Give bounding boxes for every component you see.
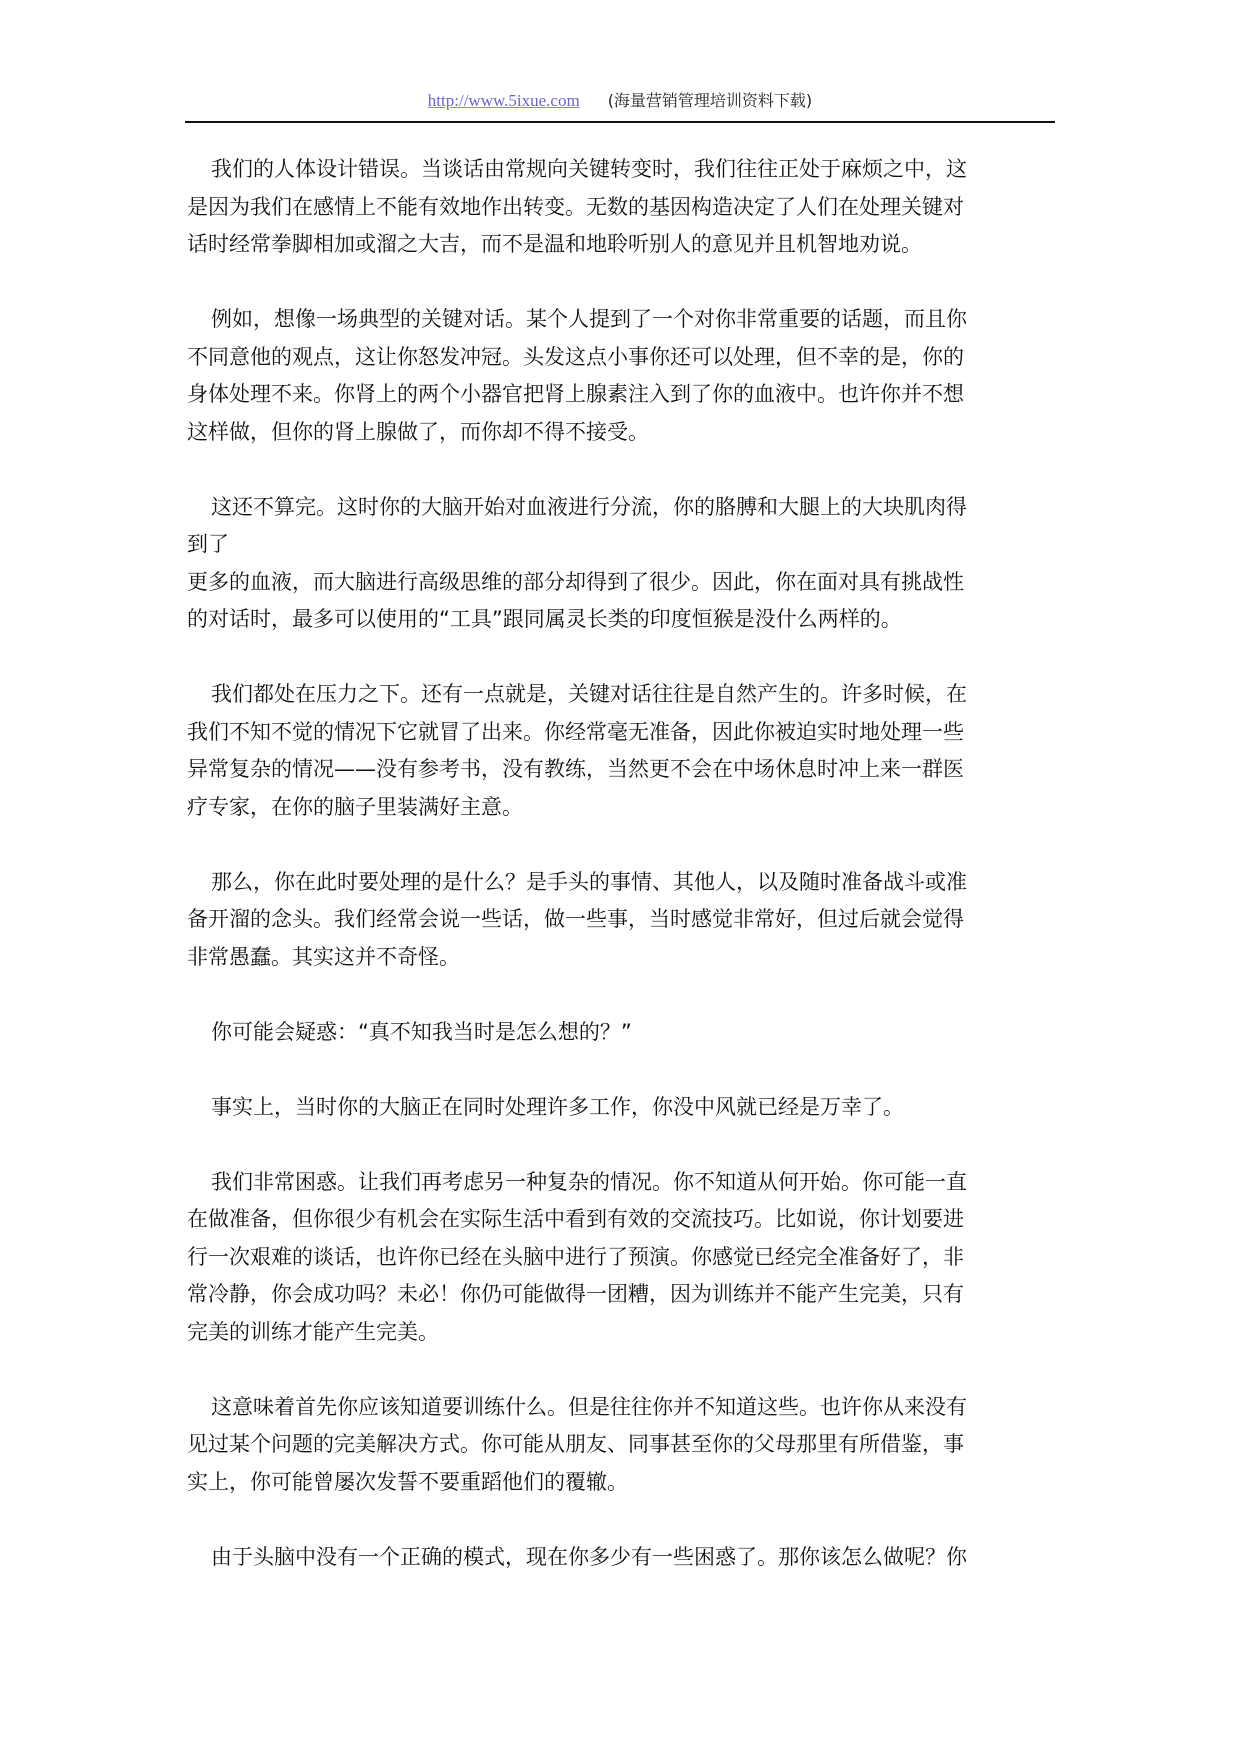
- text-line: 话时经常拳脚相加或溜之大吉，而不是温和地聆听别人的意见并且机智地劝说。: [187, 226, 1039, 264]
- text-line: 这意味着首先你应该知道要训练什么。但是往往你并不知道这些。也许你从来没有: [187, 1389, 1039, 1427]
- text-line: 完美的训练才能产生完美。: [187, 1314, 1039, 1352]
- text-line: 那么，你在此时要处理的是什么？是手头的事情、其他人，以及随时准备战斗或准: [187, 864, 1039, 902]
- text-line: 你可能会疑惑：“真不知我当时是怎么想的？”: [187, 1014, 1039, 1052]
- text-line: 见过某个问题的完美解决方式。你可能从朋友、同事甚至你的父母那里有所借鉴，事: [187, 1426, 1039, 1464]
- text-line: 我们都处在压力之下。还有一点就是，关键对话往往是自然产生的。许多时候，在: [187, 676, 1039, 714]
- text-line: 这还不算完。这时你的大脑开始对血液进行分流，你的胳膊和大腿上的大块肌肉得: [187, 489, 1039, 527]
- text-line: 的对话时，最多可以使用的“工具”跟同属灵长类的印度恒猴是没什么两样的。: [187, 601, 1039, 639]
- header-tagline: (海量营销管理培训资料下载): [608, 91, 813, 110]
- paragraph-7: 事实上，当时你的大脑正在同时处理许多工作，你没中风就已经是万幸了。: [187, 1089, 1039, 1127]
- text-line: 疗专家，在你的脑子里装满好主意。: [187, 789, 1039, 827]
- paragraph-6: 你可能会疑惑：“真不知我当时是怎么想的？”: [187, 1014, 1039, 1052]
- page-header: http://www.5ixue.com(海量营销管理培训资料下载): [185, 90, 1055, 112]
- text-line: 我们非常困惑。让我们再考虑另一种复杂的情况。你不知道从何开始。你可能一直: [187, 1164, 1039, 1202]
- text-line: 常冷静，你会成功吗？未必！你仍可能做得一团糟，因为训练并不能产生完美，只有: [187, 1276, 1039, 1314]
- paragraph-4: 我们都处在压力之下。还有一点就是，关键对话往往是自然产生的。许多时候，在 我们不…: [187, 676, 1039, 826]
- text-line: 不同意他的观点，这让你怒发冲冠。头发这点小事你还可以处理，但不幸的是，你的: [187, 339, 1039, 377]
- text-line: 是因为我们在感情上不能有效地作出转变。无数的基因构造决定了人们在处理关键对: [187, 189, 1039, 227]
- text-line: 身体处理不来。你肾上的两个小器官把肾上腺素注入到了你的血液中。也许你并不想: [187, 376, 1039, 414]
- text-line: 这样做，但你的肾上腺做了，而你却不得不接受。: [187, 414, 1039, 452]
- paragraph-9: 这意味着首先你应该知道要训练什么。但是往往你并不知道这些。也许你从来没有 见过某…: [187, 1389, 1039, 1502]
- text-line: 异常复杂的情况——没有参考书，没有教练，当然更不会在中场休息时冲上来一群医: [187, 751, 1039, 789]
- text-line: 非常愚蠢。其实这并不奇怪。: [187, 939, 1039, 977]
- text-line: 例如，想像一场典型的关键对话。某个人提到了一个对你非常重要的话题，而且你: [187, 301, 1039, 339]
- text-line: 实上，你可能曾屡次发誓不要重蹈他们的覆辙。: [187, 1464, 1039, 1502]
- website-link[interactable]: http://www.5ixue.com: [428, 91, 580, 110]
- text-line: 我们的人体设计错误。当谈话由常规向关键转变时，我们往往正处于麻烦之中，这: [187, 151, 1039, 189]
- paragraph-8: 我们非常困惑。让我们再考虑另一种复杂的情况。你不知道从何开始。你可能一直 在做准…: [187, 1164, 1039, 1352]
- text-line: 在做准备，但你很少有机会在实际生活中看到有效的交流技巧。比如说，你计划要进: [187, 1201, 1039, 1239]
- text-line: 由于头脑中没有一个正确的模式，现在你多少有一些困惑了。那你该怎么做呢？你: [187, 1539, 1039, 1577]
- paragraph-10: 由于头脑中没有一个正确的模式，现在你多少有一些困惑了。那你该怎么做呢？你: [187, 1539, 1039, 1577]
- header-divider: [185, 121, 1055, 123]
- text-line: 到了: [187, 526, 1039, 564]
- document-body: 我们的人体设计错误。当谈话由常规向关键转变时，我们往往正处于麻烦之中，这 是因为…: [187, 151, 1039, 1614]
- paragraph-5: 那么，你在此时要处理的是什么？是手头的事情、其他人，以及随时准备战斗或准 备开溜…: [187, 864, 1039, 977]
- text-line: 事实上，当时你的大脑正在同时处理许多工作，你没中风就已经是万幸了。: [187, 1089, 1039, 1127]
- paragraph-1: 我们的人体设计错误。当谈话由常规向关键转变时，我们往往正处于麻烦之中，这 是因为…: [187, 151, 1039, 264]
- text-line: 行一次艰难的谈话，也许你已经在头脑中进行了预演。你感觉已经完全准备好了，非: [187, 1239, 1039, 1277]
- text-line: 更多的血液，而大脑进行高级思维的部分却得到了很少。因此，你在面对具有挑战性: [187, 564, 1039, 602]
- text-line: 备开溜的念头。我们经常会说一些话，做一些事，当时感觉非常好，但过后就会觉得: [187, 901, 1039, 939]
- paragraph-3: 这还不算完。这时你的大脑开始对血液进行分流，你的胳膊和大腿上的大块肌肉得 到了 …: [187, 489, 1039, 639]
- paragraph-2: 例如，想像一场典型的关键对话。某个人提到了一个对你非常重要的话题，而且你 不同意…: [187, 301, 1039, 451]
- text-line: 我们不知不觉的情况下它就冒了出来。你经常毫无准备，因此你被迫实时地处理一些: [187, 714, 1039, 752]
